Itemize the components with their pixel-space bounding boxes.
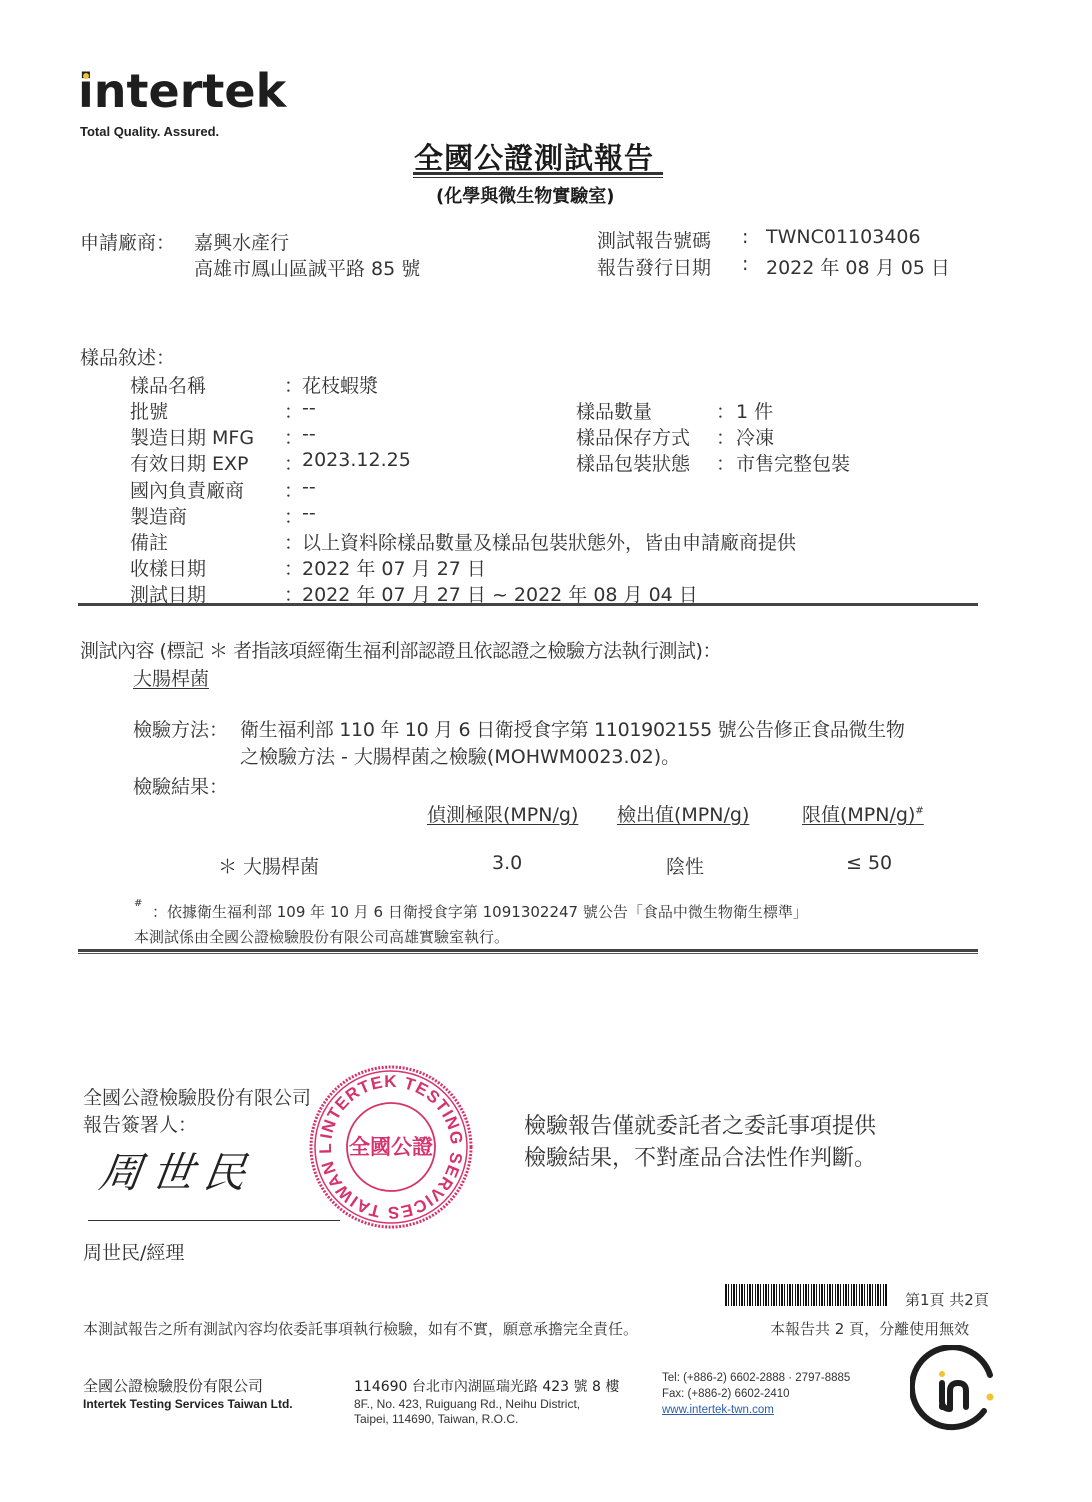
sample-field-value: -- [302, 423, 316, 445]
sample-field-label: 樣品名稱 [130, 371, 206, 398]
sample-right-label: 樣品數量 [576, 397, 652, 424]
title-underline [413, 172, 663, 175]
footer-fax: Fax: (+886-2) 6602-2410 [662, 1388, 790, 1400]
sample-field-value: 2022 年 07 月 27 日 [302, 554, 486, 581]
colon: ： [284, 554, 303, 581]
report-no-label: 測試報告號碼 [597, 226, 711, 253]
colon: ： [716, 423, 735, 450]
method-label: 檢驗方法： [133, 715, 228, 742]
page-indicator: 第1頁 共2頁 [905, 1289, 989, 1310]
sample-heading: 樣品敘述： [80, 343, 175, 370]
sample-right-value: 1 件 [736, 397, 773, 424]
logo-tagline: Total Quality. Assured. [80, 124, 219, 139]
footer-website-link[interactable]: www.intertek-twn.com [662, 1404, 774, 1416]
lab-note: 本測試係由全國公證檢驗股份有限公司高雄實驗室執行。 [134, 926, 509, 947]
result-label: 檢驗結果： [133, 772, 228, 799]
issue-date-value: 2022 年 08 月 05 日 [766, 253, 950, 280]
sample-field-label: 國內負責廠商 [130, 476, 244, 503]
colon: : [742, 253, 748, 275]
footnote-mark: # [134, 898, 142, 909]
colon: : [742, 226, 748, 248]
colon: ： [284, 423, 303, 450]
sample-field-value: 2023.12.25 [302, 449, 411, 471]
sample-field-label: 收樣日期 [130, 554, 206, 581]
sample-field-value: 花枝蝦漿 [302, 371, 378, 398]
col-limit-text: 限值(MPN/g) [802, 804, 915, 826]
result-item: ＊ 大腸桿菌 [218, 852, 319, 879]
sample-field-label: 有效日期 EXP [130, 449, 249, 476]
footer-tel: Tel: (+886-2) 6602-2888 · 2797-8885 [662, 1372, 850, 1384]
signer-name: 周世民/經理 [83, 1238, 184, 1265]
issue-date-label: 報告發行日期 [597, 253, 711, 280]
footer-company-en: Intertek Testing Services Taiwan Ltd. [83, 1397, 293, 1411]
pages-note: 本報告共 2 頁，分離使用無效 [770, 1318, 969, 1339]
colon: ： [716, 397, 735, 424]
applicant-name: 嘉興水產行 [194, 228, 289, 255]
sample-field-label: 批號 [130, 397, 168, 424]
stamp-center-text: 全國公證 [349, 1135, 433, 1159]
colon: ： [284, 371, 303, 398]
intertek-logo: intertek [78, 68, 286, 114]
signature-line [88, 1220, 340, 1221]
footer-address-en-1: 8F., No. 423, Ruiguang Rd., Neihu Distri… [354, 1397, 580, 1411]
section-divider [78, 603, 978, 606]
limit-mark: # [915, 806, 923, 817]
barcode [725, 1284, 887, 1306]
applicant-label: 申請廠商： [80, 228, 175, 255]
title-underline-thin [413, 177, 663, 178]
footer-address-zh: 114690 台北市內湖區瑞光路 423 號 8 樓 [354, 1376, 619, 1396]
test-heading: 測試內容 (標記 ＊ 者指該項經衛生福利部認證且依認證之檢驗方法執行測試)： [80, 636, 721, 663]
footer-statement: 本測試報告之所有測試內容均依委託事項執行檢驗，如有不實，願意承擔完全責任。 [83, 1318, 638, 1339]
sample-field-value: 以上資料除樣品數量及樣品包裝狀態外，皆由申請廠商提供 [302, 528, 796, 555]
disclaimer-line-1: 檢驗報告僅就委託者之委託事項提供 [524, 1109, 876, 1140]
page-title: 全國公證測試報告 [414, 136, 654, 177]
result-value: 陰性 [666, 852, 704, 879]
report-no-value: TWNC01103406 [766, 226, 921, 248]
company-seal-stamp: INTERTEK TESTING SERVICES TAIWAN LTD. 全國… [306, 1062, 476, 1232]
signer-label: 報告簽署人： [83, 1110, 197, 1137]
result-detection-limit: 3.0 [492, 852, 522, 874]
col-detection-limit: 偵測極限(MPN/g) [427, 800, 578, 827]
sample-field-label: 製造日期 MFG [130, 423, 254, 450]
col-limit: 限值(MPN/g)# [802, 800, 924, 827]
footnote-text: ：依據衛生福利部 109 年 10 月 6 日衛授食字第 1091302247 … [152, 901, 808, 922]
footer-address-en-2: Taipei, 114690, Taiwan, R.O.C. [354, 1412, 518, 1426]
footer-company-zh: 全國公證檢驗股份有限公司 [83, 1375, 263, 1396]
sample-field-value: -- [302, 397, 316, 419]
method-line-1: 衛生福利部 110 年 10 月 6 日衛授食字第 1101902155 號公告… [240, 715, 905, 742]
disclaimer-line-2: 檢驗結果，不對產品合法性作判斷。 [524, 1141, 876, 1172]
colon: ： [284, 449, 303, 476]
signer-company: 全國公證檢驗股份有限公司 [83, 1083, 311, 1110]
test-item-title: 大腸桿菌 [133, 664, 209, 691]
handwritten-signature: 周世民 [96, 1140, 260, 1200]
sample-right-label: 樣品保存方式 [576, 423, 690, 450]
applicant-address: 高雄市鳳山區誠平路 85 號 [194, 254, 420, 281]
logo-dot-icon [83, 73, 89, 79]
colon: ： [284, 502, 303, 529]
method-line-2: 之檢驗方法 - 大腸桿菌之檢驗(MOHWM0023.02)。 [240, 742, 680, 769]
sample-right-label: 樣品包裝狀態 [576, 449, 690, 476]
sample-field-value: -- [302, 476, 316, 498]
intertek-in-logo-icon [910, 1345, 1000, 1435]
sample-right-value: 冷凍 [736, 423, 774, 450]
colon: ： [284, 476, 303, 503]
colon: ： [284, 397, 303, 424]
sample-field-label: 製造商 [130, 502, 187, 529]
page-subtitle: (化學與微生物實驗室) [436, 182, 614, 208]
result-limit: ≤ 50 [846, 852, 892, 874]
section-divider [78, 949, 978, 952]
colon: ： [284, 528, 303, 555]
sample-field-value: -- [302, 502, 316, 524]
colon: ： [716, 449, 735, 476]
sample-field-label: 備註 [130, 528, 168, 555]
section-divider-thin [78, 953, 978, 954]
col-result: 檢出值(MPN/g) [617, 800, 749, 827]
sample-right-value: 市售完整包裝 [736, 449, 850, 476]
